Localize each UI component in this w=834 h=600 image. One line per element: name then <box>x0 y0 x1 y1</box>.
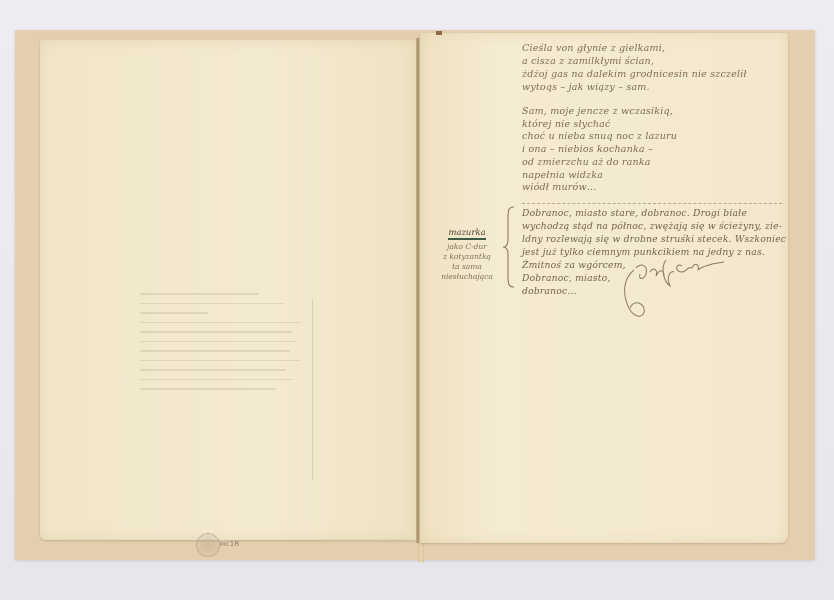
stanza-line: Sam, moje jencze z wczasikiq, <box>522 106 677 119</box>
curly-brace-icon <box>502 205 516 289</box>
margin-note-line: jako C-dur <box>447 242 487 251</box>
stanza-line: Cieśla von głynie z gielkami, <box>522 42 747 55</box>
archive-stamp <box>196 533 220 557</box>
stanza-1: Cieśla von głynie z gielkami, a cisza z … <box>522 42 747 94</box>
stanza-line: wytoqs – jak wiązy – sam. <box>522 81 747 94</box>
bleed-through-margin <box>312 300 315 480</box>
stanza-line: której nie słychać <box>522 119 677 132</box>
scan-scene: Cieśla von głynie z gielkami, a cisza z … <box>0 0 834 600</box>
stanza-2: Sam, moje jencze z wczasikiq, której nie… <box>522 106 677 195</box>
margin-note-line: z kotyzantką <box>443 252 491 261</box>
margin-note-line: ta sama <box>452 262 482 271</box>
signature: Prof. Crest <box>620 258 740 328</box>
stanza-line: a cisza z zamilkłymi ścian, <box>522 55 747 68</box>
stanza-line: i ona – niebios kochanka – <box>522 144 677 157</box>
stanza-line: Dobranoc, miasto stare, dobranoc. Drogi … <box>522 207 786 220</box>
stanza-line: od zmierzchu aż do ranka <box>522 157 677 170</box>
stanza-line: ldny rozlewają się w drobne struśki stec… <box>522 233 786 246</box>
bleed-through-text <box>140 285 310 445</box>
section-divider <box>522 203 782 205</box>
margin-note-title: mazurka <box>448 228 485 240</box>
stanza-line: choć u nieba snuq noc z lazuru <box>522 131 677 144</box>
archive-code: мс1R <box>220 540 240 548</box>
margin-note: mazurka jako C-dur z kotyzantką ta sama … <box>436 228 498 282</box>
binding-mark <box>436 31 442 35</box>
stanza-line: wychodzą stąd na północ, zwężają się w ś… <box>522 220 786 233</box>
notebook-gutter <box>416 38 420 543</box>
stanza-line: wiódł murów… <box>522 182 677 195</box>
stanza-line: żdżoj gas na dalekim grodnicesin nie szc… <box>522 68 747 81</box>
margin-note-line: niesłuchająca <box>441 272 493 281</box>
stanza-line: napełnia widzka <box>522 170 677 183</box>
